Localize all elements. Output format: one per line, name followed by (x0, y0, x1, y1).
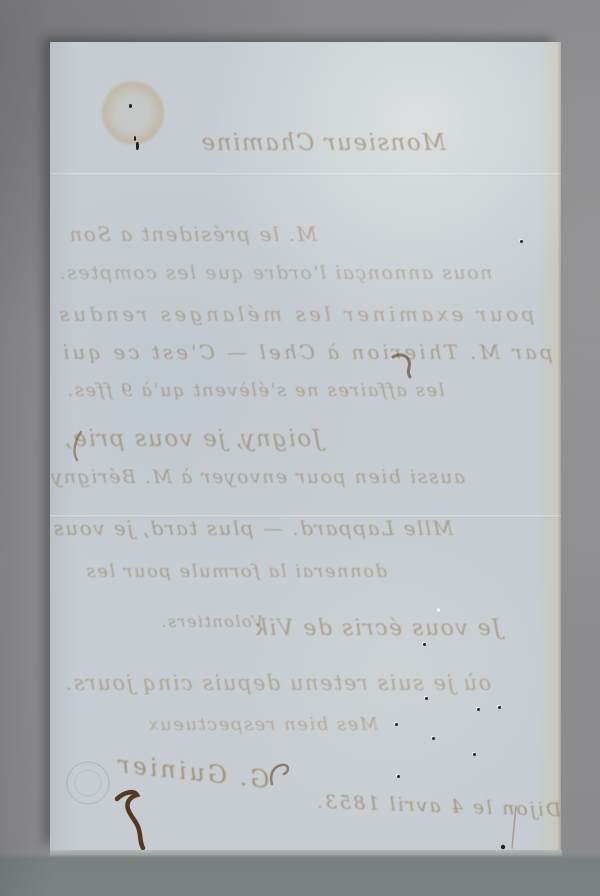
pinhole (477, 708, 480, 711)
pinhole (520, 240, 523, 243)
paper-fleck (437, 608, 440, 612)
stain-ring (102, 81, 164, 145)
pinhole (395, 723, 398, 726)
body-line: pour examiner les mélanges rendus (56, 302, 535, 326)
letter-paper: Monsieur Chamine M. le président a Son n… (50, 42, 561, 850)
stain-speck (136, 142, 139, 150)
body-line: par M. Thierion à Chel — C'est ce qui (60, 340, 553, 364)
signature-loop-stroke (271, 765, 288, 784)
paper-bottom-edge (50, 850, 562, 857)
signature-line: G. Guinier (114, 750, 271, 794)
stain-speck (134, 136, 136, 141)
body-line: Joigny, je vous prie, (63, 426, 322, 452)
edge-speck (501, 845, 505, 849)
body-line: Volontiers. (160, 612, 263, 631)
pinhole (423, 643, 426, 646)
body-line: Je vous écris de Vik (253, 616, 501, 641)
fold-crease-top (50, 173, 561, 176)
body-line: M. le président a Son (68, 222, 317, 246)
body-line: Mes bien respectueux (147, 714, 378, 735)
photo-backdrop: Monsieur Chamine M. le président a Son n… (0, 0, 600, 896)
body-line: Mlle Lappard. — plus tard, je vous (52, 516, 453, 540)
faint-round-stamp (67, 762, 109, 804)
salutation-line: Monsieur Chamine (200, 130, 446, 156)
pinhole (473, 753, 476, 756)
body-line: les affaires ne s'élèvent qu'à 9 ffes. (66, 380, 444, 401)
body-line: nous annonçai l'ordre que les comptes. (58, 262, 492, 284)
pinhole (498, 706, 501, 709)
heavy-ink-stroke (117, 792, 143, 848)
pinhole (432, 737, 435, 740)
body-line: donnerai la formule pour les (85, 561, 387, 582)
dateline: Dijon le 4 avril 1853. (315, 791, 562, 822)
pinhole (425, 697, 428, 700)
pinhole (397, 775, 400, 778)
stain-speck (129, 104, 132, 108)
body-line: où je suis retenu depuis cinq jours. (64, 671, 491, 695)
body-line: aussi bien pour envoyer à M. Bérigny (50, 466, 465, 488)
